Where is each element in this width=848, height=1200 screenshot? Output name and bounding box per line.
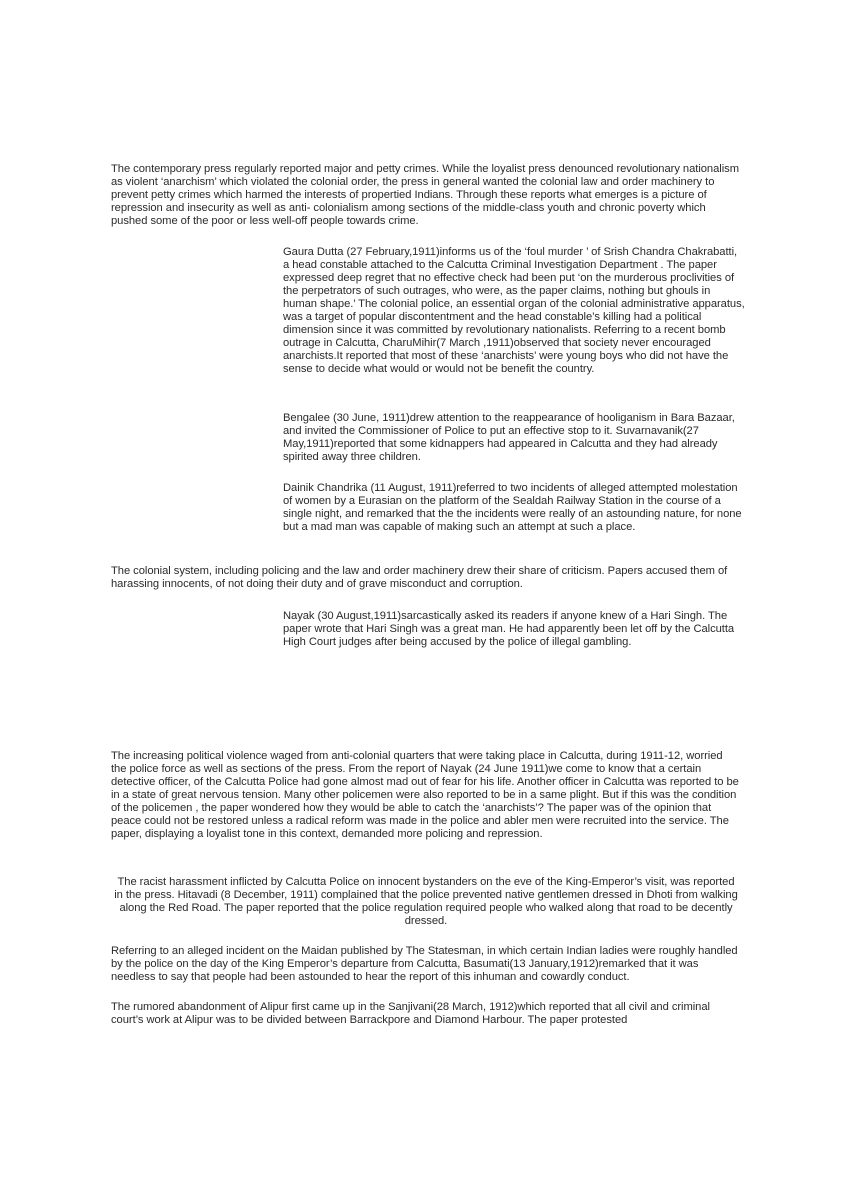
paragraph-nayak-hari-singh: Nayak (30 August,1911)sarcastically aske…: [283, 610, 745, 649]
paragraph-bengalee: Bengalee (30 June, 1911)drew attention t…: [283, 412, 745, 464]
document-page: The contemporary press regularly reporte…: [0, 0, 848, 1200]
paragraph-racist-harassment: The racist harassment inflicted by Calcu…: [113, 876, 739, 928]
paragraph-political-violence: The increasing political violence waged …: [111, 750, 741, 841]
paragraph-alipur: The rumored abandonment of Alipur first …: [111, 1001, 741, 1027]
paragraph-colonial-system: The colonial system, including policing …: [111, 565, 741, 591]
paragraph-gaura-dutta: Gaura Dutta (27 February,1911)informs us…: [283, 246, 745, 376]
paragraph-intro: The contemporary press regularly reporte…: [111, 163, 741, 228]
paragraph-dainik-chandrika: Dainik Chandrika (11 August, 1911)referr…: [283, 482, 745, 534]
paragraph-maidan-incident: Referring to an alleged incident on the …: [111, 945, 741, 984]
